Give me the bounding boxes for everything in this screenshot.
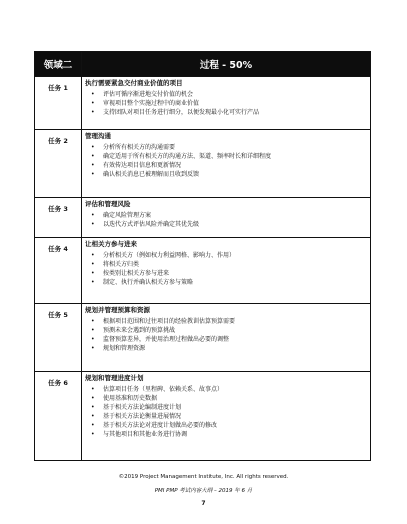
task-bullet-list: 评估可循序渐进地交付价值的机会审视项目整个实施过程中的商业价值支持团队对项目任务… bbox=[85, 90, 366, 117]
task-label: 任务 5 bbox=[35, 304, 82, 372]
task-label: 任务 3 bbox=[35, 198, 82, 238]
task-row: 任务 4让相关方参与进来分析相关方（例如权力利益网格、影响力、作用）将相关方归类… bbox=[35, 238, 371, 304]
list-item: 基于相关方法论编制进度计划 bbox=[91, 403, 366, 412]
domain-title: 过程 - 50% bbox=[82, 52, 371, 77]
task-row: 任务 6规划和管理进度计划估算项目任务（里程碑、依赖关系、故事点）使用基准和历史… bbox=[35, 372, 371, 461]
task-bullet-list: 确定风险管理方案以迭代方式评估风险并确定其优先级 bbox=[85, 211, 366, 229]
list-item: 估算项目任务（里程碑、依赖关系、故事点） bbox=[91, 385, 366, 394]
task-row: 任务 2管理沟通分析所有相关方的沟通需要确定适用于所有相关方的沟通方法、渠道、频… bbox=[35, 130, 371, 198]
page-number: 7 bbox=[0, 500, 407, 507]
list-item: 将相关方归类 bbox=[91, 260, 366, 269]
task-content: 规划和管理进度计划估算项目任务（里程碑、依赖关系、故事点）使用基准和历史数据基于… bbox=[82, 372, 371, 461]
list-item: 根据项目范围和过往项目的经验教训估算预算需要 bbox=[91, 317, 366, 326]
list-item: 基于相关方法论对进度计划做出必要的修改 bbox=[91, 421, 366, 430]
list-item: 与其他项目和其他业务进行协调 bbox=[91, 430, 366, 439]
list-item: 规划和管理资源 bbox=[91, 344, 366, 353]
task-content: 让相关方参与进来分析相关方（例如权力利益网格、影响力、作用）将相关方归类按类别让… bbox=[82, 238, 371, 304]
task-title: 评估和管理风险 bbox=[85, 200, 366, 209]
list-item: 确定适用于所有相关方的沟通方法、渠道、频率时长和详细程度 bbox=[91, 152, 366, 161]
task-title: 执行需要紧急交付商业价值的项目 bbox=[85, 79, 366, 88]
task-bullet-list: 分析所有相关方的沟通需要确定适用于所有相关方的沟通方法、渠道、频率时长和详细程度… bbox=[85, 143, 366, 179]
copyright-text: ©2019 Project Management Institute, Inc.… bbox=[0, 474, 407, 480]
task-title: 规划并管理预算和资源 bbox=[85, 306, 366, 315]
task-row: 任务 1执行需要紧急交付商业价值的项目评估可循序渐进地交付价值的机会审视项目整个… bbox=[35, 77, 371, 130]
task-content: 执行需要紧急交付商业价值的项目评估可循序渐进地交付价值的机会审视项目整个实施过程… bbox=[82, 77, 371, 130]
task-bullet-list: 估算项目任务（里程碑、依赖关系、故事点）使用基准和历史数据基于相关方法论编制进度… bbox=[85, 385, 366, 439]
list-item: 以迭代方式评估风险并确定其优先级 bbox=[91, 220, 366, 229]
task-label: 任务 4 bbox=[35, 238, 82, 304]
task-title: 规划和管理进度计划 bbox=[85, 374, 366, 383]
list-item: 预测未来会遇到的预算挑战 bbox=[91, 326, 366, 335]
task-title: 管理沟通 bbox=[85, 132, 366, 141]
task-bullet-list: 根据项目范围和过往项目的经验教训估算预算需要预测未来会遇到的预算挑战监督预算差异… bbox=[85, 317, 366, 353]
list-item: 使用基准和历史数据 bbox=[91, 394, 366, 403]
task-content: 管理沟通分析所有相关方的沟通需要确定适用于所有相关方的沟通方法、渠道、频率时长和… bbox=[82, 130, 371, 198]
list-item: 基于相关方法论衡量进展情况 bbox=[91, 412, 366, 421]
task-bullet-list: 分析相关方（例如权力利益网格、影响力、作用）将相关方归类按类别让相关方参与进来制… bbox=[85, 251, 366, 287]
list-item: 分析相关方（例如权力利益网格、影响力、作用） bbox=[91, 251, 366, 260]
task-content: 规划并管理预算和资源根据项目范围和过往项目的经验教训估算预算需要预测未来会遇到的… bbox=[82, 304, 371, 372]
document-subtitle: PMI PMP 考试内容大纲 – 2019 年 6 月 bbox=[0, 486, 407, 494]
list-item: 确定风险管理方案 bbox=[91, 211, 366, 220]
list-item: 审视项目整个实施过程中的商业价值 bbox=[91, 99, 366, 108]
list-item: 有效传达项目信息和更新情况 bbox=[91, 161, 366, 170]
task-label: 任务 6 bbox=[35, 372, 82, 461]
list-item: 分析所有相关方的沟通需要 bbox=[91, 143, 366, 152]
task-label: 任务 2 bbox=[35, 130, 82, 198]
domain-table: 领域二 过程 - 50% 任务 1执行需要紧急交付商业价值的项目评估可循序渐进地… bbox=[34, 51, 371, 461]
list-item: 制定、执行并确认相关方参与策略 bbox=[91, 278, 366, 287]
list-item: 评估可循序渐进地交付价值的机会 bbox=[91, 90, 366, 99]
domain-label: 领域二 bbox=[35, 52, 82, 77]
task-label: 任务 1 bbox=[35, 77, 82, 130]
list-item: 监督预算差异，并使用治理过程做出必要的调整 bbox=[91, 335, 366, 344]
task-row: 任务 3评估和管理风险确定风险管理方案以迭代方式评估风险并确定其优先级 bbox=[35, 198, 371, 238]
task-row: 任务 5规划并管理预算和资源根据项目范围和过往项目的经验教训估算预算需要预测未来… bbox=[35, 304, 371, 372]
list-item: 按类别让相关方参与进来 bbox=[91, 269, 366, 278]
task-content: 评估和管理风险确定风险管理方案以迭代方式评估风险并确定其优先级 bbox=[82, 198, 371, 238]
table-header-row: 领域二 过程 - 50% bbox=[35, 52, 371, 77]
list-item: 确认相关消息已被理解而且收到反馈 bbox=[91, 170, 366, 179]
list-item: 支持团队对项目任务进行细分，以便发现最小化可实行产品 bbox=[91, 108, 366, 117]
task-title: 让相关方参与进来 bbox=[85, 240, 366, 249]
